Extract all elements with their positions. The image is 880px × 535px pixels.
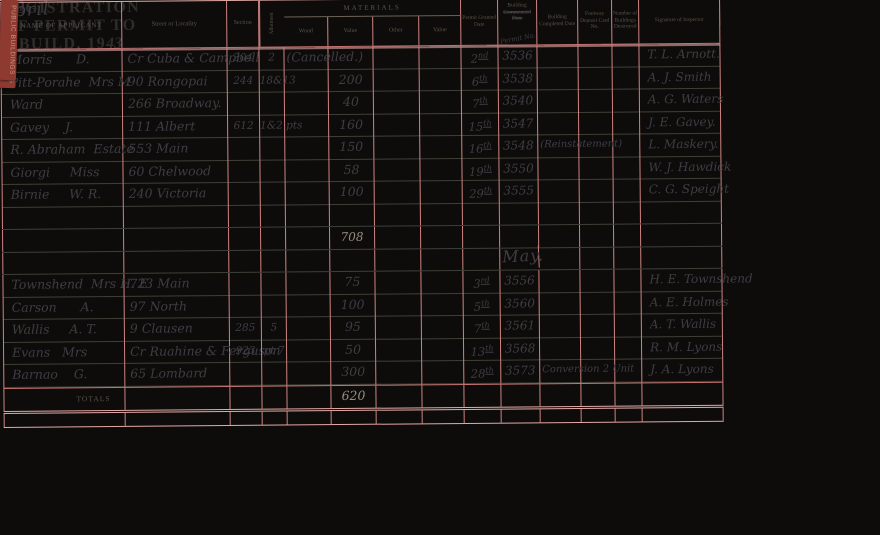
cell-value: 200 (329, 69, 374, 92)
cell-buildings-destroyed (613, 67, 640, 90)
cell-street: 266 Broadway. (123, 93, 228, 117)
cell-inspector-signature (641, 246, 722, 268)
cell-name: Ward (1, 94, 123, 118)
cell-name (2, 251, 124, 274)
cell-section: 285 (230, 318, 262, 341)
header-materials-group: MATERIALS (284, 0, 461, 18)
cell-buildings-destroyed (614, 202, 641, 224)
cell-allotment (261, 250, 286, 272)
cell-allotment (260, 138, 285, 161)
cell-permit-number: 3550 (499, 158, 538, 181)
cell-wood: (Cancelled.) (284, 47, 328, 70)
cell-buildings-destroyed (613, 157, 640, 180)
cell-name: Birnie W. R. (2, 184, 124, 208)
cell-wood (287, 317, 331, 340)
cell-value: 300 (331, 362, 376, 385)
cell-value-2 (421, 181, 463, 204)
cell-street: 111 Albert (123, 116, 228, 140)
cell-buildings-destroyed (614, 179, 641, 202)
cell-footway-deposit (579, 112, 613, 135)
totals-cell (376, 385, 422, 407)
cell-buildings-destroyed (615, 292, 642, 315)
footer-cell (377, 410, 423, 423)
cell-buildings-destroyed (615, 337, 642, 360)
cell-permit-number: 3560 (501, 293, 540, 316)
cell-wood (287, 340, 331, 363)
header-buildings-destroyed: Number of Buildings Destroyed (612, 0, 639, 44)
cell-section (230, 363, 262, 386)
cell-name: Wallis A. T. (3, 319, 125, 343)
totals-cell (581, 383, 615, 405)
cell-value-2 (420, 91, 462, 114)
cell-footway-deposit (579, 67, 613, 90)
cell-allotment (260, 93, 285, 116)
cell-wood (285, 160, 329, 183)
cell-inspector-signature: L. Maskery. (640, 134, 721, 158)
cell-inspector-signature: C. G. Speight (641, 179, 722, 203)
cell-completed-note (537, 45, 578, 68)
cell-section (229, 250, 261, 272)
cell-completed-note (539, 270, 580, 293)
cell-street: 65 Lombard (125, 363, 230, 387)
cell-permit-granted-date: 3rd (463, 271, 500, 294)
cell-wood (285, 137, 329, 160)
permit-register-table: NAME OF APPLICANT Street or Locality Sec… (0, 0, 724, 427)
totals-cell (287, 386, 331, 408)
header-footway-deposit-card: Footway Deposit Card No. (578, 0, 612, 44)
cell-wood (286, 182, 330, 205)
cell-completed-note (538, 90, 579, 113)
cell-value-2 (421, 271, 463, 294)
totals-cell (422, 384, 464, 406)
cell-footway-deposit (581, 337, 615, 360)
cell-section (228, 93, 260, 116)
cell-name: Gavey J. (1, 116, 123, 140)
cell-inspector-signature: A. T. Wallis (642, 314, 723, 338)
cell-street (124, 228, 229, 250)
cell-allotment (260, 160, 285, 183)
cell-allotment: 18&13 (260, 70, 285, 93)
cell-section (229, 228, 261, 250)
footer-cell (263, 411, 288, 424)
cell-other (375, 226, 421, 248)
cell-other (374, 91, 420, 114)
cell-permit-granted-date: 16th (462, 136, 499, 159)
cell-value-2 (422, 338, 464, 361)
footer-cell (502, 409, 541, 422)
cell-value-2 (420, 158, 462, 181)
cell-name (2, 229, 124, 252)
cell-buildings-destroyed (613, 112, 640, 135)
cell-allotment (261, 273, 286, 296)
header-building-commenced-amended: Building Commenced Date Permit No. (498, 0, 537, 45)
cell-wood (285, 70, 329, 93)
cell-buildings-destroyed (614, 247, 641, 269)
cell-permit-number: 3548 (499, 135, 538, 158)
cell-footway-deposit (580, 270, 614, 293)
cell-other (375, 249, 421, 271)
cell-other (375, 271, 421, 294)
cell-value-2 (421, 203, 463, 225)
cell-allotment (261, 183, 286, 206)
cell-permit-granted-date (463, 248, 500, 270)
cell-footway-deposit (581, 315, 615, 338)
header-building-completed-date: Building Completed Date (537, 0, 578, 44)
cell-completed-note: Conversion 2 Unit (540, 360, 581, 383)
cell-value: 58 (329, 159, 374, 182)
cell-wood (287, 295, 331, 318)
cell-permit-granted-date: 29th (463, 181, 500, 204)
cell-permit-number: 3547 (499, 113, 538, 136)
cell-value: 100 (330, 182, 375, 205)
cell-footway-deposit (579, 90, 613, 113)
cell-value-2 (421, 248, 463, 270)
cell-inspector-signature: R. M. Lyons (642, 336, 723, 360)
cell-other (375, 204, 421, 226)
cell-street: 97 North (125, 296, 230, 320)
cell-permit-granted-date: 13th (464, 338, 501, 361)
header-date-struck: Date (512, 16, 522, 22)
cell-other (374, 136, 420, 159)
cell-other (376, 294, 422, 317)
header-building-word: Building (507, 2, 526, 8)
header-commenced-struck: Commenced (503, 9, 531, 15)
cell-name: Barnao G. (3, 364, 125, 388)
footer-cell (541, 408, 582, 421)
cell-value-2 (422, 361, 464, 384)
footer-cell (126, 412, 231, 426)
totals-cell (262, 386, 287, 408)
totals-cell (642, 382, 723, 405)
cell-street: Cr Cuba & Campbell (122, 48, 227, 72)
totals-cell (125, 387, 230, 410)
footer-cell (643, 407, 724, 421)
cell-section (229, 205, 261, 227)
cell-section (228, 160, 260, 183)
cell-permit-number: 3538 (499, 68, 538, 91)
header-allotment: Allotment (259, 1, 284, 47)
footer-cell (332, 410, 377, 423)
cell-wood (285, 115, 329, 138)
header-street-or-locality: Street or Locality (122, 1, 227, 48)
cell-value: 95 (331, 317, 376, 340)
cell-allotment (262, 363, 287, 386)
cell-section: 304 (227, 48, 259, 71)
cell-completed-note: (Reinstatement) (538, 135, 579, 158)
table-header: NAME OF APPLICANT Street or Locality Sec… (0, 0, 720, 50)
cell-value-2 (419, 46, 461, 69)
cell-other (373, 46, 419, 69)
cell-wood (287, 362, 331, 385)
cell-allotment (261, 228, 286, 250)
cell-wood (286, 205, 330, 227)
cell-buildings-destroyed (612, 44, 639, 67)
cell-completed-note (539, 202, 580, 224)
cell-value-2 (420, 113, 462, 136)
cell-street: 723 Main (124, 273, 229, 297)
footer-cell (231, 411, 263, 424)
footer-cell (288, 411, 332, 424)
cell-permit-granted-date: 7th (464, 316, 501, 339)
cell-street: Cr Ruahine & Ferguson (125, 341, 230, 365)
index-tab-public-buildings: PUBLIC BUILDINGS (0, 0, 18, 80)
cell-street: 9 Clausen (125, 318, 230, 342)
cell-permit-number: 3540 (499, 90, 538, 113)
cell-value-2 (420, 136, 462, 159)
cell-completed-note (540, 315, 581, 338)
cell-wood (286, 272, 330, 295)
cell-permit-number (500, 225, 539, 247)
cell-buildings-destroyed (615, 314, 642, 337)
cell-street: 553 Main (123, 138, 228, 162)
cell-permit-number: 3573 (501, 360, 540, 383)
cell-permit-number: 3568 (501, 338, 540, 361)
cell-permit-granted-date: 28th (464, 361, 501, 384)
cell-other (374, 159, 420, 182)
totals-cell (501, 384, 540, 406)
cell-other (374, 114, 420, 137)
cell-allotment (261, 205, 286, 227)
cell-permit-number: 3536 (498, 45, 537, 68)
totals-cell (540, 383, 581, 405)
cell-name: Evans Mrs (3, 341, 125, 365)
cell-footway-deposit (580, 202, 614, 224)
cell-completed-note (538, 112, 579, 135)
totals-value-pencil: 620 (331, 385, 376, 407)
cell-inspector-signature: A. G. Waters (640, 89, 721, 113)
cell-inspector-signature: T. L. Arnott. (639, 44, 720, 68)
cell-other (376, 316, 422, 339)
cell-other (374, 69, 420, 92)
totals-label: TOTALS (3, 387, 125, 410)
cell-allotment: pt 7 (262, 340, 287, 363)
header-signature-of-inspector: Signature of Inspector (639, 0, 720, 43)
cell-section (228, 138, 260, 161)
cell-allotment (262, 295, 287, 318)
cell-name: R. Abraham Estate (1, 139, 123, 163)
cell-footway-deposit (579, 157, 613, 180)
cell-street: 90 Rongopai (123, 71, 228, 95)
cell-name: Giorgi Miss (1, 161, 123, 185)
cell-inspector-signature (641, 201, 722, 223)
footer-cell (465, 409, 502, 422)
cell-street (124, 206, 229, 228)
cell-permit-granted-date: 5th (464, 293, 501, 316)
cell-buildings-destroyed (614, 224, 641, 246)
footer-cell (4, 412, 126, 426)
cell-permit-granted-date: 7th (462, 91, 499, 114)
cell-inspector-signature: J. A. Lyons (642, 359, 723, 383)
cell-section: 923 (230, 340, 262, 363)
cell-other (376, 339, 422, 362)
cell-buildings-destroyed (614, 269, 641, 292)
cell-street: 60 Chelwood (123, 161, 228, 185)
month-heading-may: May. (500, 245, 540, 268)
cell-footway-deposit (580, 225, 614, 247)
header-value-2: Value (419, 16, 461, 45)
cell-permit-granted-date (463, 203, 500, 225)
cell-value-2 (421, 226, 463, 248)
cell-other (376, 361, 422, 384)
cell-permit-granted-date: 2nd (461, 46, 498, 69)
cell-permit-number: 3556 (500, 270, 539, 293)
cell-value (330, 204, 375, 226)
cell-permit-number: 3555 (500, 180, 539, 203)
cell-name (2, 206, 124, 229)
cell-value: 160 (329, 114, 374, 137)
cell-value: 708 (330, 227, 375, 249)
cell-inspector-signature: J. E. Gavey. (640, 111, 721, 135)
cell-completed-note (539, 247, 580, 269)
cell-allotment: 5 (262, 318, 287, 341)
cell-name: Carson A. (3, 296, 125, 320)
header-name-of-applicant: NAME OF APPLICANT (0, 2, 122, 49)
cell-other (375, 181, 421, 204)
cell-completed-note (538, 67, 579, 90)
cell-footway-deposit (581, 292, 615, 315)
cell-buildings-destroyed (613, 89, 640, 112)
cell-section: 244 (228, 70, 260, 93)
cell-value-2 (422, 316, 464, 339)
footer-cell (616, 408, 643, 421)
cell-name: Townshend Mrs H. E. (2, 274, 124, 298)
cell-permit-number (500, 203, 539, 225)
cell-completed-note (539, 180, 580, 203)
cell-section (229, 183, 261, 206)
cell-value: 75 (330, 272, 375, 295)
cell-inspector-signature: A. E. Holmes (642, 291, 723, 315)
header-permit-no-handwritten: Permit No. (500, 33, 536, 45)
cell-permit-granted-date: 19th (462, 158, 499, 181)
cell-permit-granted-date: 15th (462, 113, 499, 136)
cell-inspector-signature: A. J. Smith (640, 66, 721, 90)
cell-footway-deposit (580, 180, 614, 203)
cell-permit-granted-date (463, 226, 500, 248)
cell-value-2 (422, 293, 464, 316)
cell-wood (286, 250, 330, 272)
cell-completed-note (540, 292, 581, 315)
cell-street (124, 251, 229, 273)
cell-allotment: 2 (259, 48, 284, 71)
cell-value: 150 (329, 137, 374, 160)
cell-inspector-signature (641, 224, 722, 246)
cell-wood (285, 92, 329, 115)
header-value: Value (328, 17, 373, 46)
cell-name: Pitt-Porahe Mrs M (1, 71, 123, 95)
footer-cell (423, 409, 465, 422)
cell-section (229, 273, 261, 296)
cell-footway-deposit (578, 45, 612, 68)
ledger-body: Morris D. Cr Cuba & Campbell 304 2 (Canc… (0, 44, 723, 388)
totals-cell (615, 383, 642, 405)
cell-name: Morris D. (0, 49, 122, 73)
cell-value: 40 (329, 92, 374, 115)
header-wood: Wood (284, 17, 328, 46)
totals-cell (230, 386, 262, 408)
cell-value: 50 (331, 339, 376, 362)
header-other: Other (373, 16, 419, 45)
cell-footway-deposit (580, 247, 614, 269)
cell-inspector-signature: W. J. Hawdick (640, 156, 721, 180)
cell-street: 240 Victoria (124, 183, 229, 207)
cell-completed-note (540, 337, 581, 360)
totals-cell (464, 384, 501, 406)
cell-completed-note (539, 225, 580, 247)
footer-cell (582, 408, 616, 421)
cell-inspector-signature: H. E. Townshend (641, 269, 722, 293)
cell-permit-granted-date: 6th (462, 68, 499, 91)
cell-section (230, 295, 262, 318)
cell-wood (286, 227, 330, 249)
cell-section: 612 (228, 115, 260, 138)
header-permit-granted-date: Permit Granted Date (461, 0, 498, 45)
header-section: Section (227, 1, 259, 47)
cell-allotment: 1&2 pts (260, 115, 285, 138)
cell-value-2 (420, 68, 462, 91)
cell-value: 100 (331, 294, 376, 317)
photo-of-ledger-book: BUSINESS PREMISES PUBLIC BUILDINGS 209. … (0, 0, 880, 535)
cell-value (330, 249, 375, 271)
cell-completed-note (538, 157, 579, 180)
cell-permit-number: 3561 (501, 315, 540, 338)
